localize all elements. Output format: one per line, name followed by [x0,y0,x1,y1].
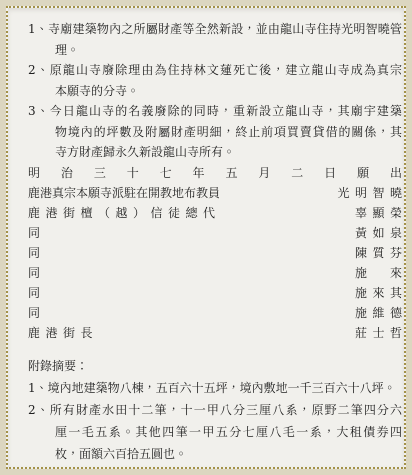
signer-row: 同 陳質芬 [28,243,402,263]
signer-row: 鹿港真宗本願寺派駐在開教地布教員 光明智曉 [28,183,402,203]
signer-title: 同 [28,283,40,303]
clause-1-line-1: 1、寺廟建築物內之所屬財產等全然新設，並由龍山寺住持光明智曉管 [28,19,402,40]
appendix-1-line-1: 1、境內地建築物八棟，五百六十五坪，境內敷地一千三百六十八坪。 [28,377,402,399]
signer-name: 施 來 [355,263,408,283]
document-page: 1、寺廟建築物內之所屬財產等全然新設，並由龍山寺住持光明智曉管 理。 2、原龍山… [6,6,406,469]
signer-row: 鹿港街檀（越）信徒總代 辜顯榮 [28,203,402,223]
signer-title: 同 [28,303,40,323]
signer-title: 同 [28,243,40,263]
signer-title: 鹿港真宗本願寺派駐在開教地布教員 [28,183,220,203]
signer-list: 鹿港真宗本願寺派駐在開教地布教員 光明智曉 鹿港街檀（越）信徒總代 辜顯榮 同 … [28,183,402,343]
appendix-heading: 附錄摘要： [28,355,402,377]
signer-name: 施維德 [355,303,408,323]
signer-name: 莊士哲 [355,323,408,343]
signer-row: 同 施來其 [28,283,402,303]
signer-title: 鹿港街檀（越）信徒總代 [28,203,221,223]
signer-name: 光明智曉 [337,183,407,203]
clause-3-line-1: 3、今日龍山寺的名義廢除的同時，重新設立龍山寺，其廟宇建築 [28,101,402,122]
appendix-section: 附錄摘要： 1、境內地建築物八棟，五百六十五坪，境內敷地一千三百六十八坪。 2、… [28,355,402,465]
signer-name: 黃如泉 [355,223,408,243]
signer-row: 鹿港街長 莊士哲 [28,323,402,343]
clause-2-line-2: 本願寺的分寺。 [28,81,402,102]
signer-title: 同 [28,263,40,283]
signer-name: 辜顯榮 [355,203,408,223]
appendix-2-line-2: 厘一毛五系。其他四筆一甲五分七厘八毛一系，大租債券四 [28,421,402,443]
signer-row: 同 施 來 [28,263,402,283]
clause-1-line-2: 理。 [28,40,402,61]
signer-name: 陳質芬 [355,243,408,263]
document-content: 1、寺廟建築物內之所屬財產等全然新設，並由龍山寺住持光明智曉管 理。 2、原龍山… [28,19,402,465]
clause-3-line-2: 物境內的坪數及附屬財產明細，終止前項買賣貸借的關係，其 [28,122,402,143]
signer-title: 鹿港街長 [28,323,98,343]
signer-row: 同 施維德 [28,303,402,323]
clause-list: 1、寺廟建築物內之所屬財產等全然新設，並由龍山寺住持光明智曉管 理。 2、原龍山… [28,19,402,163]
signer-title: 同 [28,223,40,243]
signer-row: 同 黃如泉 [28,223,402,243]
signer-name: 施來其 [355,283,408,303]
date-line: 明治三十七年五月二日願出 [28,163,402,183]
appendix-2-line-1: 2、所有財產水田十二筆，十一甲八分三厘八系，原野二筆四分六 [28,399,402,421]
clause-2-line-1: 2、原龍山寺廢除理由為住持林文蓮死亡後，建立龍山寺成為真宗 [28,60,402,81]
appendix-2-line-3: 枚，面額六百拾五圓也。 [28,443,402,465]
clause-3-line-3: 寺方財產歸永久新設龍山寺所有。 [28,142,402,163]
